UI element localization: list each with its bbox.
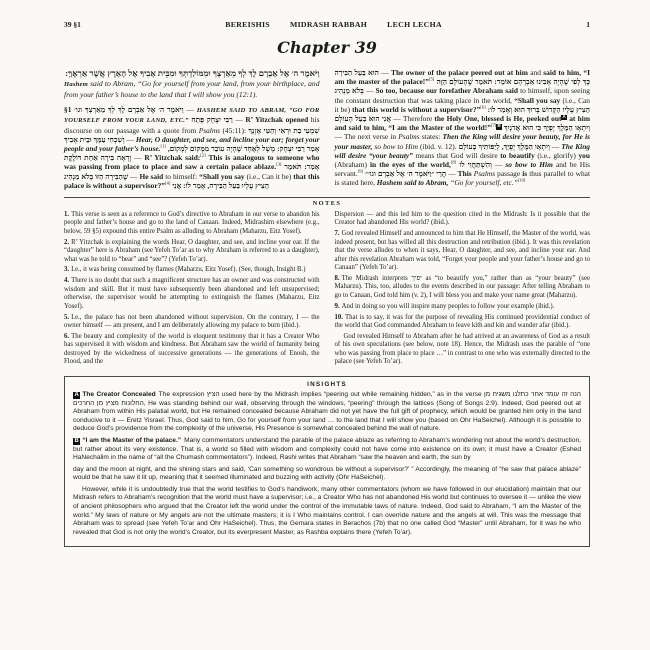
text-run: that this world is without a supervisor?… xyxy=(352,105,480,114)
insight-item: However, while it is undoubtedly true th… xyxy=(73,486,581,538)
text-run: So too, xyxy=(376,86,398,95)
insight-item: B“I am the Master of the palace.”Many co… xyxy=(73,437,581,463)
insights-left-column: AThe Creator ConcealedThe expression הצי… xyxy=(73,391,581,463)
note-item: 9.And in doing so you will inspire many … xyxy=(335,303,591,311)
insight-text: day and the moon at night, and the shini… xyxy=(73,466,581,482)
text-run: Psalms xyxy=(474,169,495,178)
insight-title: “I am the Master of the palace.” xyxy=(82,437,181,444)
note-text: Dispersion — and this led him to the que… xyxy=(335,211,591,226)
note-number: 9. xyxy=(335,303,340,310)
note-number: 8. xyxy=(335,275,340,282)
text-run: This xyxy=(458,169,472,178)
note-number: 5. xyxy=(64,314,69,321)
text-run: וְיִתְאָו הַמֶּלֶךְ יָפְיֵךְ, לְיַפּוֹתִ… xyxy=(459,142,550,151)
header-book: BEREISHIS xyxy=(225,20,270,29)
main-left-column: וַיֹּאמֶר ה׳ אֶל אַבְרָם לֶךְ לְךָ מֵאַר… xyxy=(64,68,320,190)
text-run: passage xyxy=(495,169,522,178)
text-run: — Therefore xyxy=(391,114,434,123)
insight-item: day and the moon at night, and the shini… xyxy=(73,466,581,483)
text-run: so bow to Him xyxy=(372,142,419,151)
note-text: There is no doubt that such a magnificen… xyxy=(64,277,320,309)
text-run: R’ Yitzchak opened xyxy=(245,115,308,124)
text-run: Psalms xyxy=(199,126,220,135)
text-run: “Go for yourself, etc.” xyxy=(448,178,517,187)
text-run: הוּא בַּעַל הַבִּירָה xyxy=(335,68,379,77)
note-text: I.e., it was being consumed by flames (M… xyxy=(71,266,305,273)
insight-marker: A xyxy=(73,392,80,399)
note-item: 7.God revealed Himself and announced to … xyxy=(335,230,591,272)
text-run: — xyxy=(184,105,197,114)
note-text: R’ Yitzchak is explaining the words Hear… xyxy=(64,239,320,263)
text-run: He said xyxy=(140,172,164,181)
text-run: — xyxy=(364,86,376,95)
text-run: (ibid. v. 12). xyxy=(420,142,459,151)
header-parshah: LECH LECHA xyxy=(387,20,442,29)
text-run: “Shall you say xyxy=(514,96,560,105)
header-title: BEREISHIS MIDRASH RABBAH LECH LECHA xyxy=(225,20,442,29)
text-run: so bow to Him xyxy=(505,160,552,169)
text-run: Psalms xyxy=(398,132,419,141)
verse-translation: Hashem said to Abram, “Go for yourself f… xyxy=(64,79,320,99)
note-number: 10. xyxy=(335,314,344,321)
insights-right-column: day and the moon at night, and the shini… xyxy=(73,466,581,538)
note-text: The beauty and complexity of the world i… xyxy=(64,333,320,365)
text-run: Hashem said to Abram, xyxy=(377,178,449,187)
note-number: 3. xyxy=(64,266,69,273)
text-run: [6] xyxy=(480,104,485,109)
insight-title: The Creator Concealed xyxy=(82,391,155,398)
text-run: because our forefather Abraham said xyxy=(399,86,518,95)
note-item: Dispersion — and this led him to the que… xyxy=(335,211,591,228)
text-run: וְיִתְאָו הַמֶּלֶךְ יָפְיֵךְ כִּי הוּא א… xyxy=(504,123,590,132)
elucidation-paragraph-right: הוּא בַּעַל הַבִּירָה — The owner of the… xyxy=(335,68,591,188)
text-run: B xyxy=(496,124,501,130)
text-run: you xyxy=(578,151,590,160)
notes-right-column: Dispersion — and this led him to the que… xyxy=(335,211,591,369)
note-number: 1. xyxy=(64,211,69,218)
text-run: — xyxy=(446,169,458,178)
text-run: R’ Yitzchak said: xyxy=(144,153,200,162)
insight-text: However, while it is undoubtedly true th… xyxy=(73,486,581,536)
text-run: — xyxy=(550,142,561,151)
note-item: 5.I.e., the palace has not been abandone… xyxy=(64,314,320,331)
note-number: 4. xyxy=(64,277,69,284)
text-run: Hashem xyxy=(64,81,88,88)
text-run: “Shall you say xyxy=(199,172,244,181)
text-run: וְהִשְׁתַּחֲוִי לוֹ xyxy=(459,160,492,169)
book-page: 39 §1 BEREISHIS MIDRASH RABBAH LECH LECH… xyxy=(0,0,650,650)
text-run: (i.e., glorify) xyxy=(535,151,579,160)
text-run: and xyxy=(528,68,543,77)
note-item: 4.There is no doubt that such a magnific… xyxy=(64,277,320,311)
note-item: 2.R’ Yitzchak is explaining the words He… xyxy=(64,239,320,264)
hebrew-verse: וַיֹּאמֶר ה׳ אֶל אַבְרָם לֶךְ לְךָ מֵאַר… xyxy=(64,68,320,78)
text-run: the Holy One, blessed is He, peeked out xyxy=(434,114,561,123)
chapter-title: Chapter 39 xyxy=(64,38,590,57)
note-number: 2. xyxy=(64,239,69,246)
note-number: 7. xyxy=(335,230,340,237)
notes-section: 1.This verse is seen as a reference to G… xyxy=(64,211,590,369)
page-header: 39 §1 BEREISHIS MIDRASH RABBAH LECH LECH… xyxy=(64,20,590,29)
elucidation-paragraph-left: §1 וַיֹּאמֶר ה׳ אֶל אַבְרָם לֶךְ לְךָ מֵ… xyxy=(64,105,320,190)
text-run: to himself: xyxy=(163,172,199,181)
main-right-column: הוּא בַּעַל הַבִּירָה — The owner of the… xyxy=(335,68,591,190)
note-text: God revealed Himself to Abraham after he… xyxy=(335,333,591,365)
text-run: — xyxy=(128,172,139,181)
text-run: וַיֹּאמֶר ה׳ אֶל אַבְרָם לֶךְ לְךָ מֵאַר… xyxy=(74,105,183,114)
insight-item: AThe Creator ConcealedThe expression הצי… xyxy=(73,391,581,434)
text-run: (Abraham) xyxy=(335,160,371,169)
notes-left-column: 1.This verse is seen as a reference to G… xyxy=(64,211,320,369)
note-text: That is to say, it was for the purpose o… xyxy=(335,314,591,329)
text-run: in the eyes of the world, xyxy=(370,160,451,169)
text-run: (i.e., Can it be) xyxy=(245,172,294,181)
text-run: — xyxy=(125,135,136,144)
text-run: הֵצִיץ עָלָיו בַּעַל הַבִּירָה, אָמַר לו… xyxy=(172,181,269,190)
notes-divider xyxy=(64,197,590,198)
notes-label: NOTES xyxy=(64,200,590,207)
note-text: The Midrash interprets יפיך as “to beaut… xyxy=(335,275,591,299)
note-item: 3.I.e., it was being consumed by flames … xyxy=(64,266,320,274)
text-run: הֲרֵי ״וַיֹּאמֶר ה׳ אֶל אַבְרָם וגו׳״ xyxy=(365,169,446,178)
text-run: — The next verse in xyxy=(335,132,399,141)
header-page-number: 1 xyxy=(586,20,590,29)
text-run: (45:11): xyxy=(220,126,248,135)
main-text: וַיֹּאמֶר ה׳ אֶל אַבְרָם לֶךְ לְךָ מֵאַר… xyxy=(64,68,590,190)
text-run: means that God will desire xyxy=(413,151,500,160)
note-text: And in doing so you will inspire many pe… xyxy=(342,303,555,310)
insight-marker: B xyxy=(73,438,80,445)
text-run: — xyxy=(379,68,391,77)
text-run: — xyxy=(131,153,144,162)
note-item: God revealed Himself to Abraham after he… xyxy=(335,333,591,367)
note-item: 6.The beauty and complexity of the world… xyxy=(64,333,320,367)
text-run: to beautify xyxy=(500,151,535,160)
header-series: MIDRASH RABBAH xyxy=(290,20,367,29)
text-run: [10] xyxy=(518,178,526,183)
note-item: 10.That is to say, it was for the purpos… xyxy=(335,314,591,331)
note-text: I.e., the palace has not been abandoned … xyxy=(64,314,320,329)
insights-label: INSIGHTS xyxy=(73,381,581,388)
text-run: said to Abram, “Go for yourself from you… xyxy=(64,79,320,98)
text-run: — xyxy=(492,160,506,169)
header-section-ref: 39 §1 xyxy=(64,20,81,29)
note-item: 1.This verse is seen as a reference to G… xyxy=(64,211,320,236)
text-run: רַבִּי יִצְחָק פָּתַח xyxy=(191,115,232,124)
text-run: [2] xyxy=(200,153,205,158)
note-text: This verse is seen as a reference to God… xyxy=(64,211,320,235)
note-text: God revealed Himself and announced to hi… xyxy=(335,230,591,271)
note-item: 8.The Midrash interprets יפיך as “to bea… xyxy=(335,275,591,300)
note-number: 6. xyxy=(64,333,69,340)
insights-box: INSIGHTS AThe Creator ConcealedThe expre… xyxy=(64,376,590,548)
text-run: The owner of the palace peered out at hi… xyxy=(391,68,528,77)
insights-columns: AThe Creator ConcealedThe expression הצי… xyxy=(73,391,581,538)
text-run: states: xyxy=(420,132,443,141)
text-run: — xyxy=(233,115,246,124)
